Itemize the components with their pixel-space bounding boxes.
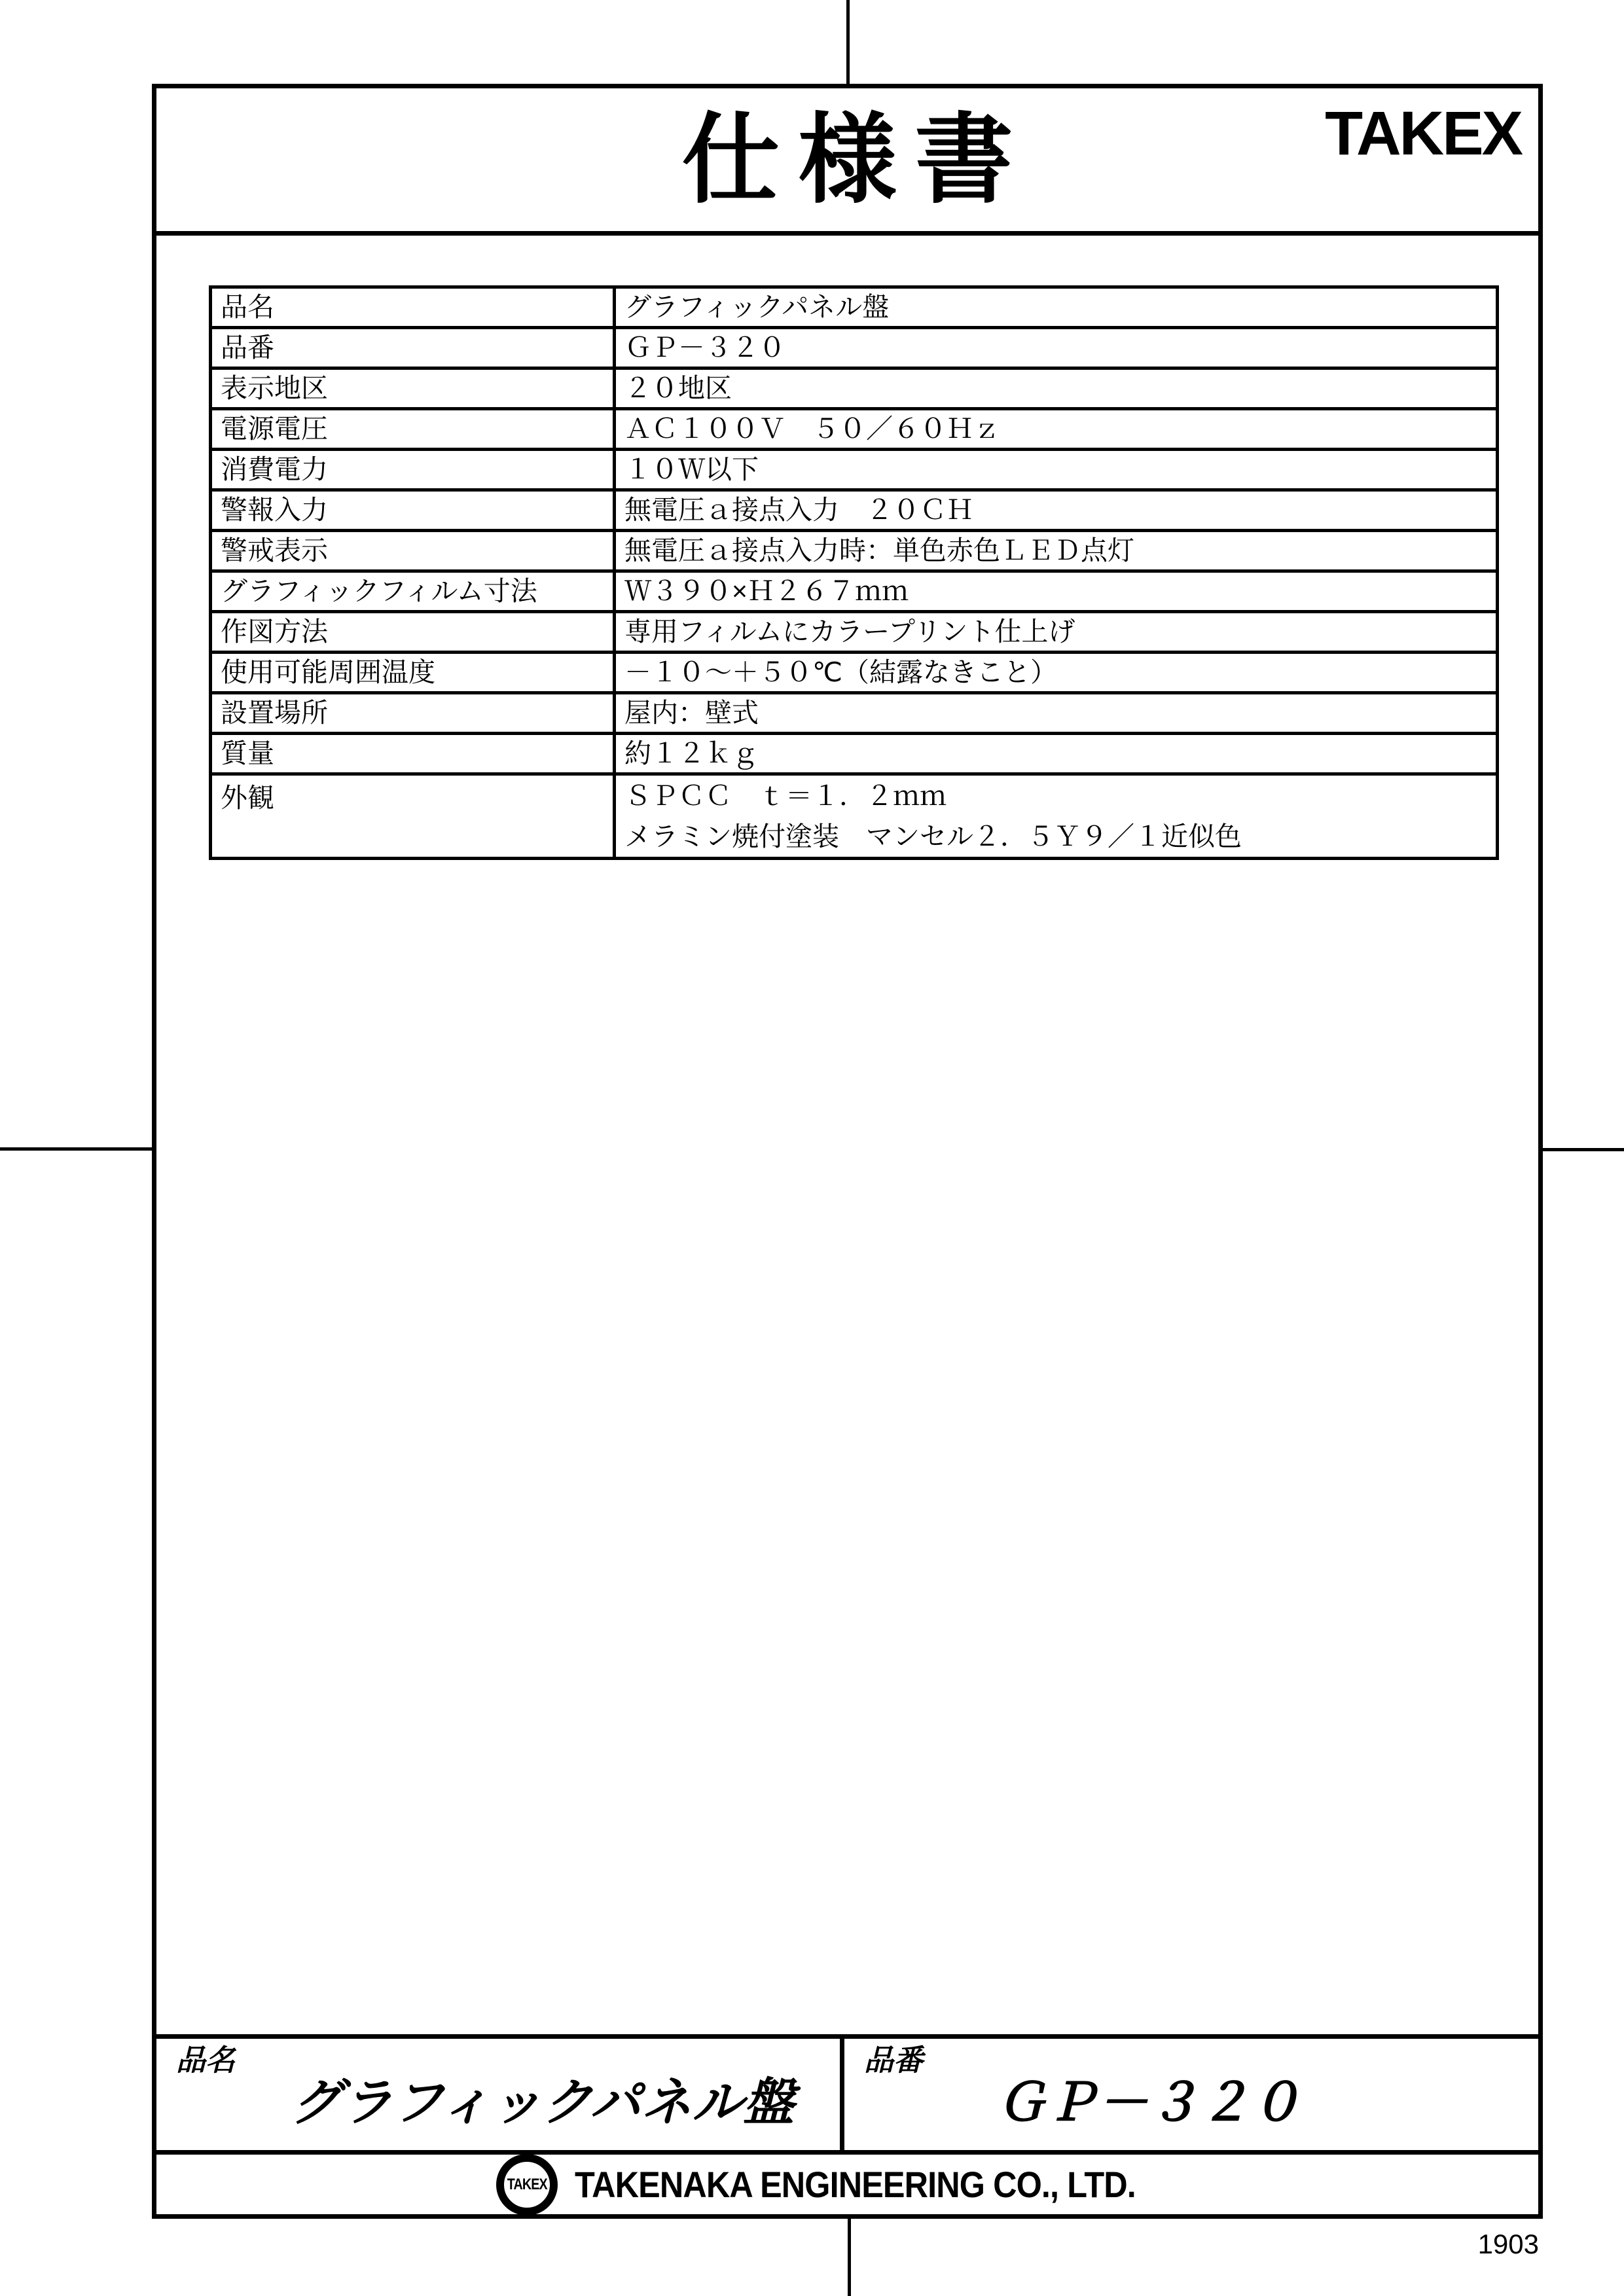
spec-row-label: グラフィックフィルム寸法 bbox=[211, 571, 615, 612]
spec-row-label: 外観 bbox=[211, 774, 615, 859]
spec-row-label: 質量 bbox=[211, 734, 615, 774]
footer-name-label: 品名 bbox=[176, 2045, 235, 2075]
spec-row-value: 無電圧ａ接点入力 ２０ＣＨ bbox=[615, 490, 1498, 531]
footer-model-label: 品番 bbox=[864, 2045, 923, 2075]
spec-row: 質量約１２ｋｇ bbox=[211, 734, 1498, 774]
spec-row: 使用可能周囲温度－１０～＋５０℃（結露なきこと） bbox=[211, 653, 1498, 693]
company-name: TAKENAKA ENGINEERING CO., LTD. bbox=[575, 2166, 1136, 2203]
footer-model-cell: 品番 ＧＰ－３２０ bbox=[844, 2039, 1538, 2150]
crop-mark-left bbox=[0, 1147, 152, 1151]
spec-row-value: －１０～＋５０℃（結露なきこと） bbox=[615, 653, 1498, 693]
spec-row-value: ＳＰＣＣ ｔ＝１．２ｍｍメラミン焼付塗装 マンセル２．５Ｙ９／１近似色 bbox=[615, 774, 1498, 859]
crop-mark-bottom bbox=[848, 2219, 851, 2296]
takex-logo-icon: TAKEX bbox=[496, 2154, 558, 2215]
spec-row: 品名グラフィックパネル盤 bbox=[211, 287, 1498, 328]
spec-row-value: ＡＣ１００Ｖ ５０／６０Ｈｚ bbox=[615, 409, 1498, 450]
crop-mark-top bbox=[846, 0, 850, 84]
spec-row-value-line: メラミン焼付塗装 マンセル２．５Ｙ９／１近似色 bbox=[616, 816, 1496, 857]
spec-row-value: 約１２ｋｇ bbox=[615, 734, 1498, 774]
spec-row-value: １０Ｗ以下 bbox=[615, 450, 1498, 490]
spec-row-value: 無電圧ａ接点入力時：単色赤色ＬＥＤ点灯 bbox=[615, 531, 1498, 571]
spec-row-label: 品番 bbox=[211, 328, 615, 368]
page-number: 1903 bbox=[1343, 2231, 1539, 2258]
spec-row-label: 警戒表示 bbox=[211, 531, 615, 571]
spec-row: グラフィックフィルム寸法Ｗ３９０×Ｈ２６７ｍｍ bbox=[211, 571, 1498, 612]
footer-name-value: グラフィックパネル盤 bbox=[291, 2061, 794, 2128]
crop-mark-right bbox=[1543, 1148, 1624, 1151]
spec-row-label: 使用可能周囲温度 bbox=[211, 653, 615, 693]
spec-row: 品番ＧＰ－３２０ bbox=[211, 328, 1498, 368]
footer-block: 品名 グラフィックパネル盤 品番 ＧＰ－３２０ TAKEX TAKENAKA E… bbox=[156, 2034, 1538, 2214]
spec-row-label: 警報入力 bbox=[211, 490, 615, 531]
spec-row: 表示地区２０地区 bbox=[211, 368, 1498, 409]
spec-row-label: 作図方法 bbox=[211, 612, 615, 653]
spec-row: 作図方法専用フィルムにカラープリント仕上げ bbox=[211, 612, 1498, 653]
spec-row-value: 屋内：壁式 bbox=[615, 693, 1498, 734]
company-band: TAKEX TAKENAKA ENGINEERING CO., LTD. bbox=[156, 2150, 1538, 2214]
footer-product-name-cell: 品名 グラフィックパネル盤 bbox=[156, 2039, 844, 2150]
spec-row: 設置場所屋内：壁式 bbox=[211, 693, 1498, 734]
spec-row-label: 表示地区 bbox=[211, 368, 615, 409]
spec-table-body: 品名グラフィックパネル盤品番ＧＰ－３２０表示地区２０地区電源電圧ＡＣ１００Ｖ ５… bbox=[211, 287, 1498, 859]
spec-row: 警戒表示無電圧ａ接点入力時：単色赤色ＬＥＤ点灯 bbox=[211, 531, 1498, 571]
spec-table: 品名グラフィックパネル盤品番ＧＰ－３２０表示地区２０地区電源電圧ＡＣ１００Ｖ ５… bbox=[209, 285, 1499, 860]
spec-row: 外観ＳＰＣＣ ｔ＝１．２ｍｍメラミン焼付塗装 マンセル２．５Ｙ９／１近似色 bbox=[211, 774, 1498, 859]
spec-row-value: ２０地区 bbox=[615, 368, 1498, 409]
takex-logo-text: TAKEX bbox=[507, 2177, 547, 2193]
title-block: 仕様書 TAKEX bbox=[156, 88, 1538, 236]
spec-row-label: 品名 bbox=[211, 287, 615, 328]
footer-model-value: ＧＰ－３２０ bbox=[995, 2061, 1301, 2128]
brand-logo-text: TAKEX bbox=[1325, 103, 1521, 165]
spec-row-label: 電源電圧 bbox=[211, 409, 615, 450]
spec-row-label: 設置場所 bbox=[211, 693, 615, 734]
footer-title-row: 品名 グラフィックパネル盤 品番 ＧＰ－３２０ bbox=[156, 2034, 1538, 2150]
sheet-frame: 仕様書 TAKEX 品名グラフィックパネル盤品番ＧＰ－３２０表示地区２０地区電源… bbox=[152, 84, 1543, 2219]
spec-row: 警報入力無電圧ａ接点入力 ２０ＣＨ bbox=[211, 490, 1498, 531]
spec-row-value: Ｗ３９０×Ｈ２６７ｍｍ bbox=[615, 571, 1498, 612]
spec-row-label: 消費電力 bbox=[211, 450, 615, 490]
spec-row-value-line: ＳＰＣＣ ｔ＝１．２ｍｍ bbox=[616, 776, 1496, 816]
spec-row-value: 専用フィルムにカラープリント仕上げ bbox=[615, 612, 1498, 653]
spec-row: 電源電圧ＡＣ１００Ｖ ５０／６０Ｈｚ bbox=[211, 409, 1498, 450]
spec-row: 消費電力１０Ｗ以下 bbox=[211, 450, 1498, 490]
spec-row-value: ＧＰ－３２０ bbox=[615, 328, 1498, 368]
spec-row-value: グラフィックパネル盤 bbox=[615, 287, 1498, 328]
